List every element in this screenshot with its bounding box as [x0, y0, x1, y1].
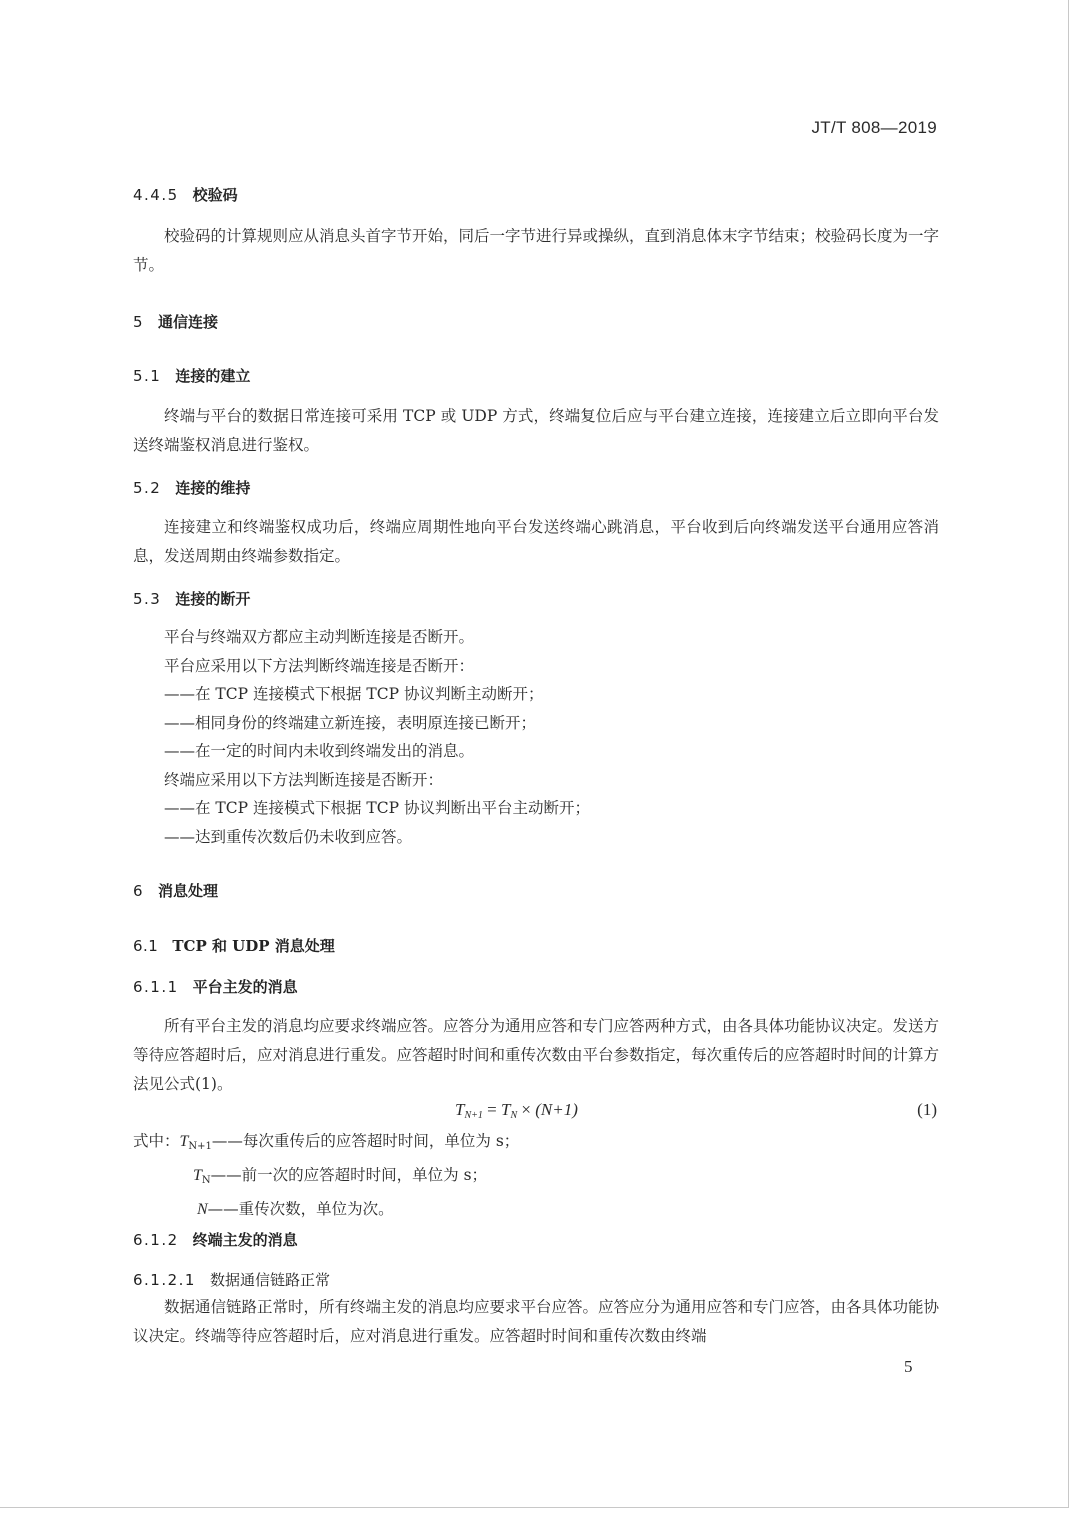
heading-title: 连接的维持 — [175, 479, 250, 497]
heading-title: 消息处理 — [158, 882, 218, 900]
heading-title: TCP 和 UDP 消息处理 — [172, 937, 334, 955]
paragraph-connection-keepalive: 连接建立和终端鉴权成功后，终端应周期性地向平台发送终端心跳消息，平台收到后向终端… — [133, 513, 939, 571]
heading-title: 数据通信链路正常 — [210, 1271, 330, 1289]
list-item: ——相同身份的终端建立新连接，表明原连接已断开； — [133, 709, 939, 738]
equation-number: (1) — [917, 1100, 937, 1120]
formula-where-clause: 式中：TN+1——每次重传后的应答超时时间，单位为 s； TN——前一次的应答超… — [133, 1127, 939, 1224]
list-item: ——在 TCP 连接模式下根据 TCP 协议判断主动断开； — [133, 680, 939, 709]
heading-number: 4.4.5 — [133, 186, 179, 204]
heading-number: 6 — [133, 882, 144, 900]
list-item: ——达到重传次数后仍未收到应答。 — [133, 823, 939, 852]
heading-5-2: 5.2连接的维持 — [133, 477, 939, 498]
list-line: 终端应采用以下方法判断连接是否断开： — [133, 766, 939, 795]
where-item: 式中：TN+1——每次重传后的应答超时时间，单位为 s； — [133, 1127, 939, 1161]
paragraph-connection-setup: 终端与平台的数据日常连接可采用 TCP 或 UDP 方式，终端复位后应与平台建立… — [133, 402, 939, 460]
heading-title: 连接的建立 — [175, 367, 250, 385]
heading-number: 6.1.1 — [133, 978, 179, 996]
heading-6-1-2-1: 6.1.2.1数据通信链路正常 — [133, 1269, 939, 1290]
heading-number: 6.1.2.1 — [133, 1271, 196, 1289]
list-item: ——在一定的时间内未收到终端发出的消息。 — [133, 737, 939, 766]
heading-title: 终端主发的消息 — [193, 1231, 298, 1249]
heading-number: 6.1 — [133, 937, 158, 955]
list-disconnect-rules: 平台与终端双方都应主动判断连接是否断开。 平台应采用以下方法判断终端连接是否断开… — [133, 623, 939, 851]
list-line: 平台应采用以下方法判断终端连接是否断开： — [133, 652, 939, 681]
heading-6-1-1: 6.1.1平台主发的消息 — [133, 976, 939, 997]
standard-code-header: JT/T 808—2019 — [812, 118, 938, 138]
heading-number: 6.1.2 — [133, 1231, 179, 1249]
heading-number: 5.1 — [133, 367, 161, 385]
heading-title: 连接的断开 — [175, 590, 250, 608]
list-line: 平台与终端双方都应主动判断连接是否断开。 — [133, 623, 939, 652]
heading-4-4-5: 4.4.5校验码 — [133, 184, 939, 205]
paragraph-platform-messages: 所有平台主发的消息均应要求终端应答。应答分为通用应答和专门应答两种方式，由各具体… — [133, 1012, 939, 1099]
heading-title: 平台主发的消息 — [193, 978, 298, 996]
heading-5: 5通信连接 — [133, 311, 939, 332]
page-number: 5 — [904, 1357, 913, 1377]
where-item: N——重传次数，单位为次。 — [133, 1195, 939, 1224]
heading-number: 5.3 — [133, 590, 161, 608]
heading-number: 5 — [133, 313, 144, 331]
heading-5-3: 5.3连接的断开 — [133, 588, 939, 609]
paragraph-checksum: 校验码的计算规则应从消息头首字节开始，同后一字节进行异或操纵，直到消息体末字节结… — [133, 222, 939, 280]
heading-6-1: 6.1TCP 和 UDP 消息处理 — [133, 935, 939, 956]
heading-6: 6消息处理 — [133, 880, 939, 901]
heading-title: 校验码 — [193, 186, 238, 204]
formula-expression: TN+1 = TN × (N+1) — [455, 1100, 578, 1121]
heading-5-1: 5.1连接的建立 — [133, 365, 939, 386]
list-item: ——在 TCP 连接模式下根据 TCP 协议判断出平台主动断开； — [133, 794, 939, 823]
heading-title: 通信连接 — [158, 313, 218, 331]
heading-6-1-2: 6.1.2终端主发的消息 — [133, 1229, 939, 1250]
heading-number: 5.2 — [133, 479, 161, 497]
where-item: TN——前一次的应答超时时间，单位为 s； — [133, 1161, 939, 1195]
paragraph-terminal-messages: 数据通信链路正常时，所有终端主发的消息均应要求平台应答。应答应分为通用应答和专门… — [133, 1293, 939, 1351]
